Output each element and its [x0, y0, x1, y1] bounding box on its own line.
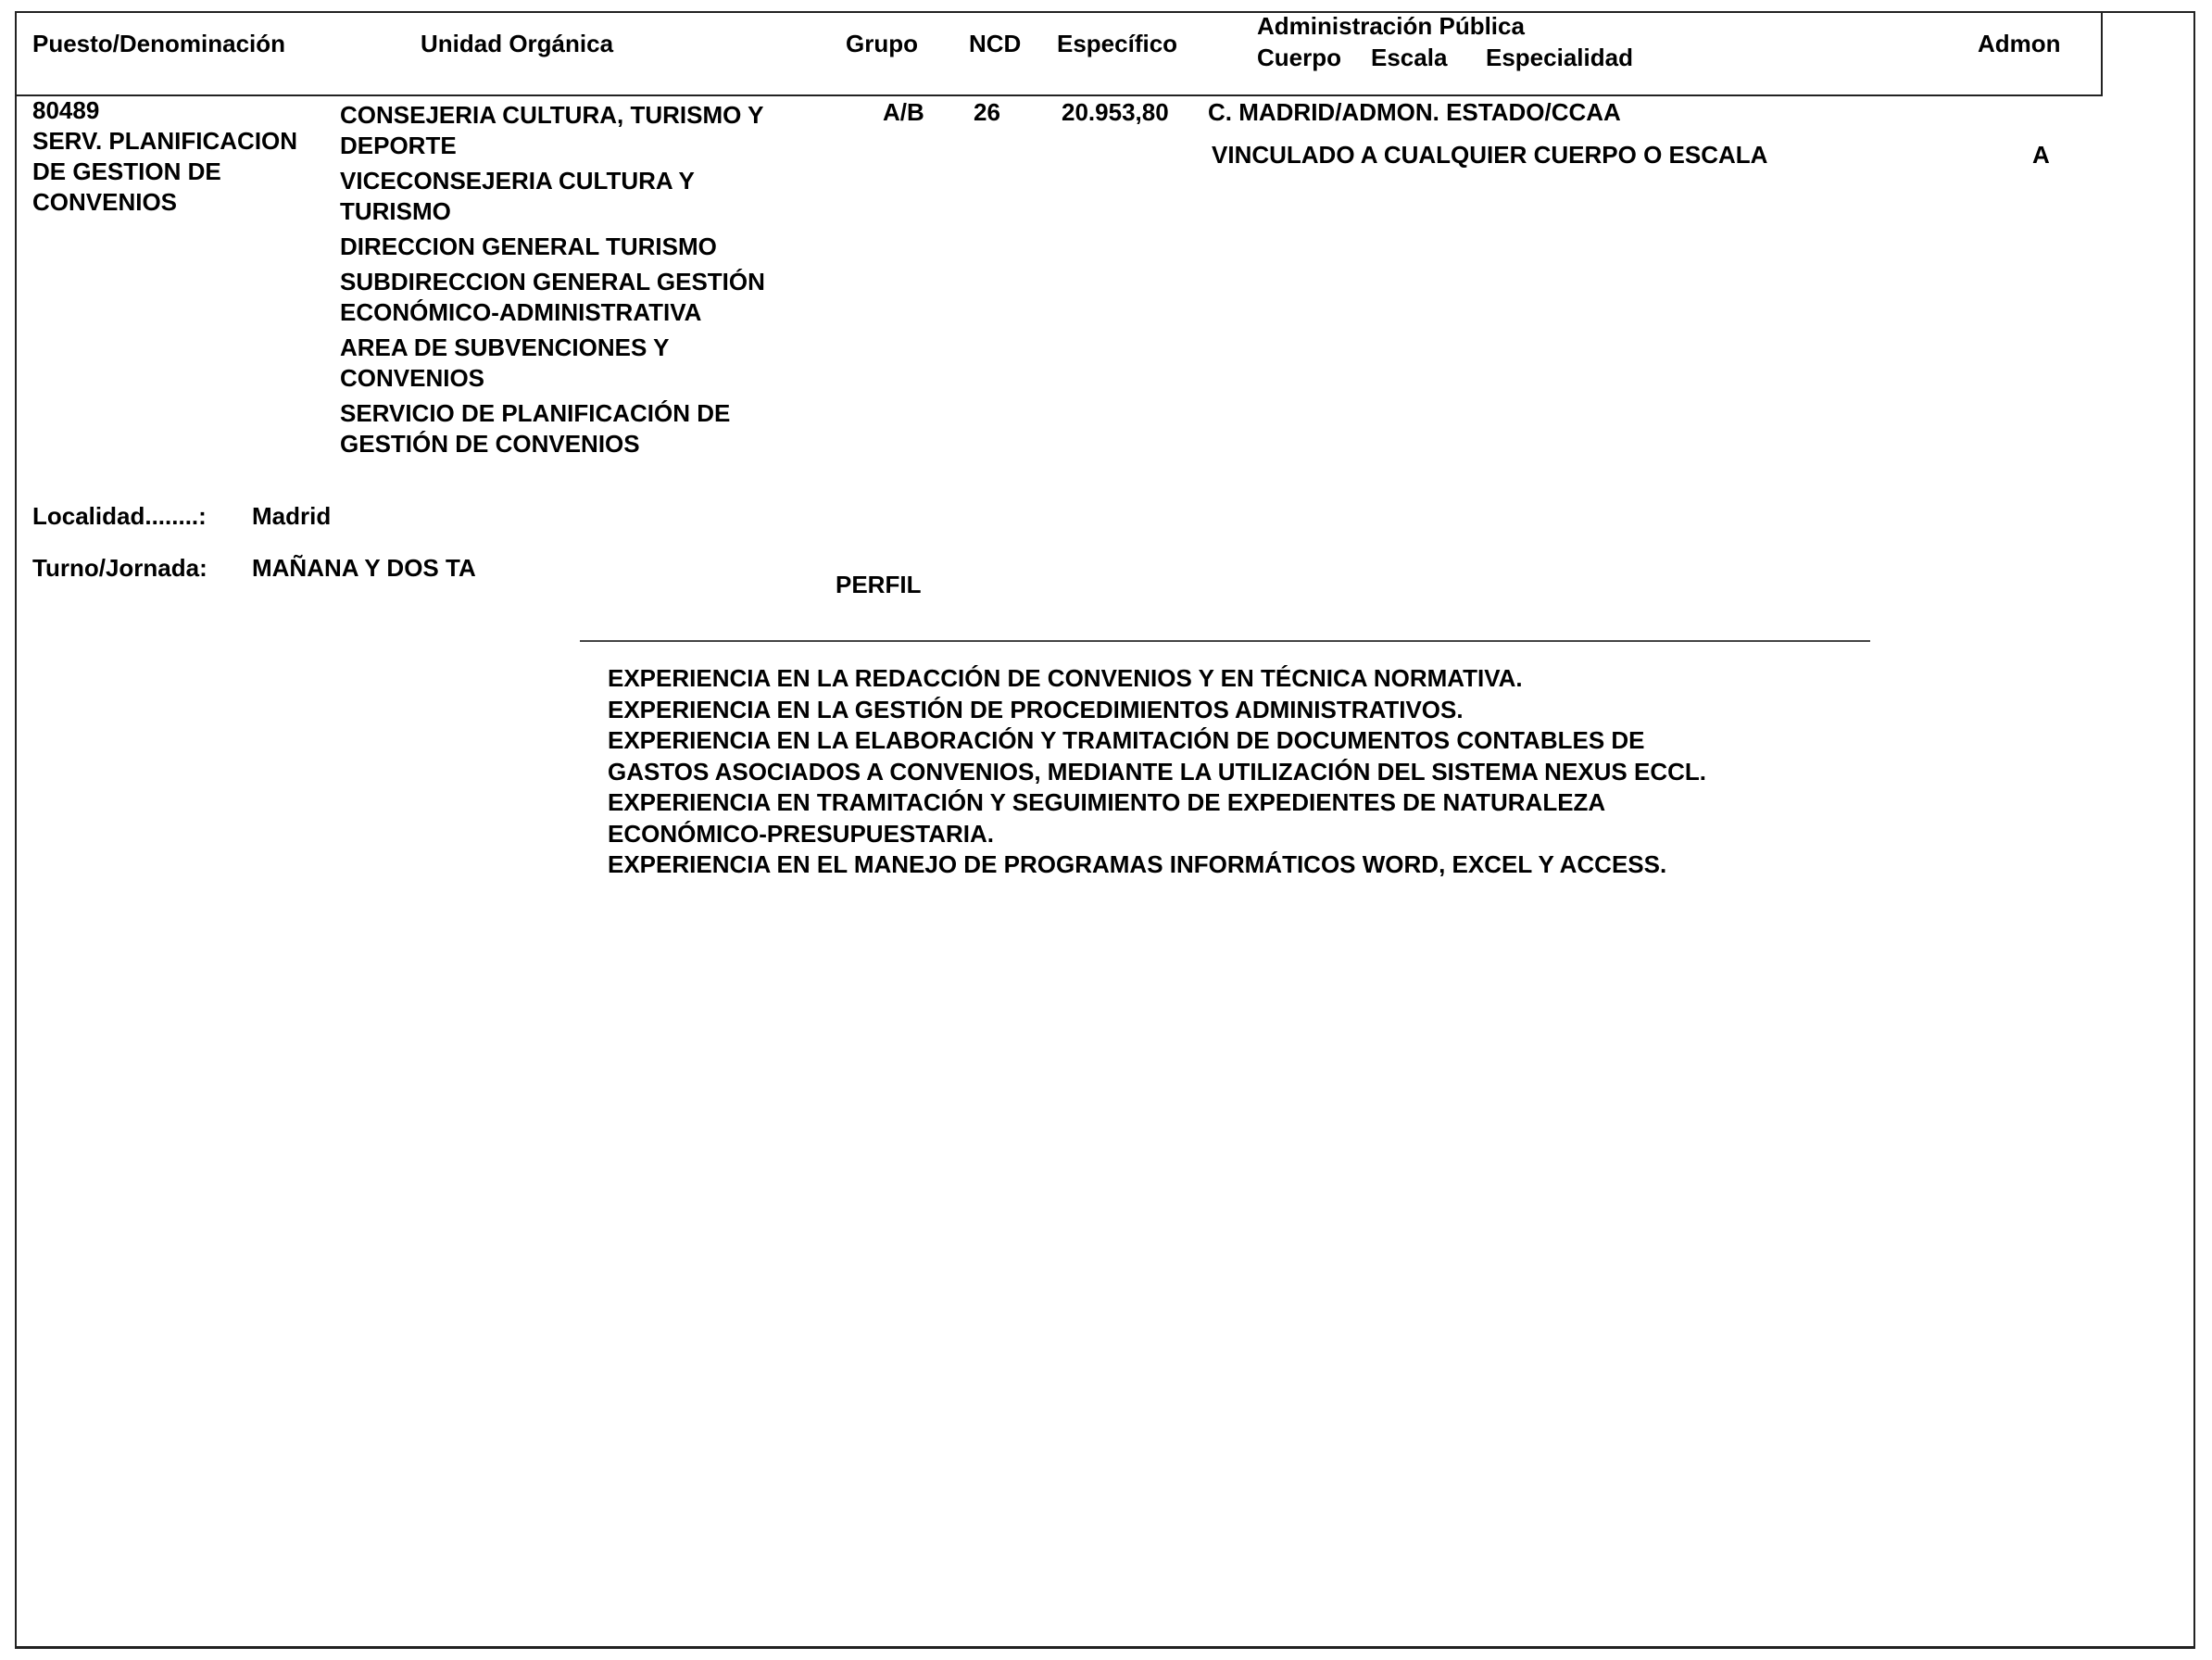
- ncd-value: 26: [974, 100, 1000, 124]
- unidad-line: DIRECCION GENERAL TURISMO: [340, 232, 765, 262]
- perfil-line: EXPERIENCIA EN EL MANEJO DE PROGRAMAS IN…: [608, 849, 1706, 881]
- header-ncd: NCD: [969, 31, 1021, 56]
- header-grupo: Grupo: [846, 31, 918, 56]
- grupo-value: A/B: [883, 100, 924, 124]
- unidad-line: VICECONSEJERIA CULTURA Y: [340, 166, 765, 196]
- unidad-level: AREA DE SUBVENCIONES Y CONVENIOS: [340, 333, 765, 394]
- administracion-value: C. MADRID/ADMON. ESTADO/CCAA: [1208, 100, 1621, 124]
- perfil-title: PERFIL: [836, 572, 921, 597]
- perfil-divider: [580, 640, 1870, 642]
- turno-value: MAÑANA Y DOS TA: [252, 556, 476, 580]
- localidad-value: Madrid: [252, 504, 331, 528]
- perfil-line: EXPERIENCIA EN LA ELABORACIÓN Y TRAMITAC…: [608, 725, 1706, 757]
- perfil-line: EXPERIENCIA EN TRAMITACIÓN Y SEGUIMIENTO…: [608, 787, 1706, 819]
- header-admon: Admon: [1978, 31, 2061, 56]
- admon-value: A: [2032, 143, 2050, 167]
- unidad-line: CONVENIOS: [340, 363, 765, 394]
- unidad-level: CONSEJERIA CULTURA, TURISMO Y DEPORTE: [340, 100, 765, 161]
- puesto-code: 80489: [32, 95, 297, 126]
- header-unidad: Unidad Orgánica: [421, 31, 613, 56]
- header-escala: Escala: [1371, 45, 1447, 69]
- unidad-line: ECONÓMICO-ADMINISTRATIVA: [340, 297, 765, 328]
- perfil-line: EXPERIENCIA EN LA GESTIÓN DE PROCEDIMIEN…: [608, 695, 1706, 726]
- puesto-cell: 80489 SERV. PLANIFICACION DE GESTION DE …: [32, 95, 297, 218]
- unidad-line: DEPORTE: [340, 131, 765, 161]
- denominacion-line: DE GESTION DE: [32, 157, 297, 187]
- unidad-level: DIRECCION GENERAL TURISMO: [340, 232, 765, 262]
- header-admin-publica: Administración Pública: [1257, 14, 1525, 38]
- unidad-line: CONSEJERIA CULTURA, TURISMO Y: [340, 100, 765, 131]
- perfil-line: ECONÓMICO-PRESUPUESTARIA.: [608, 819, 1706, 850]
- denominacion-line: SERV. PLANIFICACION: [32, 126, 297, 157]
- unidad-level: SERVICIO DE PLANIFICACIÓN DE GESTIÓN DE …: [340, 398, 765, 459]
- header-cuerpo: Cuerpo: [1257, 45, 1341, 69]
- header-especifico: Específico: [1057, 31, 1177, 56]
- header-puesto: Puesto/Denominación: [32, 31, 285, 56]
- cuerpo-escala-value: VINCULADO A CUALQUIER CUERPO O ESCALA: [1212, 143, 1767, 167]
- perfil-requirements: EXPERIENCIA EN LA REDACCIÓN DE CONVENIOS…: [608, 663, 1706, 881]
- unidad-line: SERVICIO DE PLANIFICACIÓN DE: [340, 398, 765, 429]
- unidad-organica-cell: CONSEJERIA CULTURA, TURISMO Y DEPORTE VI…: [340, 100, 765, 464]
- turno-label: Turno/Jornada:: [32, 556, 207, 580]
- localidad-label: Localidad........:: [32, 504, 207, 528]
- unidad-line: GESTIÓN DE CONVENIOS: [340, 429, 765, 459]
- unidad-line: AREA DE SUBVENCIONES Y: [340, 333, 765, 363]
- unidad-level: SUBDIRECCION GENERAL GESTIÓN ECONÓMICO-A…: [340, 267, 765, 328]
- unidad-line: TURISMO: [340, 196, 765, 227]
- perfil-line: GASTOS ASOCIADOS A CONVENIOS, MEDIANTE L…: [608, 757, 1706, 788]
- unidad-level: VICECONSEJERIA CULTURA Y TURISMO: [340, 166, 765, 227]
- especifico-value: 20.953,80: [1062, 100, 1169, 124]
- header-especialidad: Especialidad: [1486, 45, 1633, 69]
- unidad-line: SUBDIRECCION GENERAL GESTIÓN: [340, 267, 765, 297]
- denominacion-line: CONVENIOS: [32, 187, 297, 218]
- perfil-line: EXPERIENCIA EN LA REDACCIÓN DE CONVENIOS…: [608, 663, 1706, 695]
